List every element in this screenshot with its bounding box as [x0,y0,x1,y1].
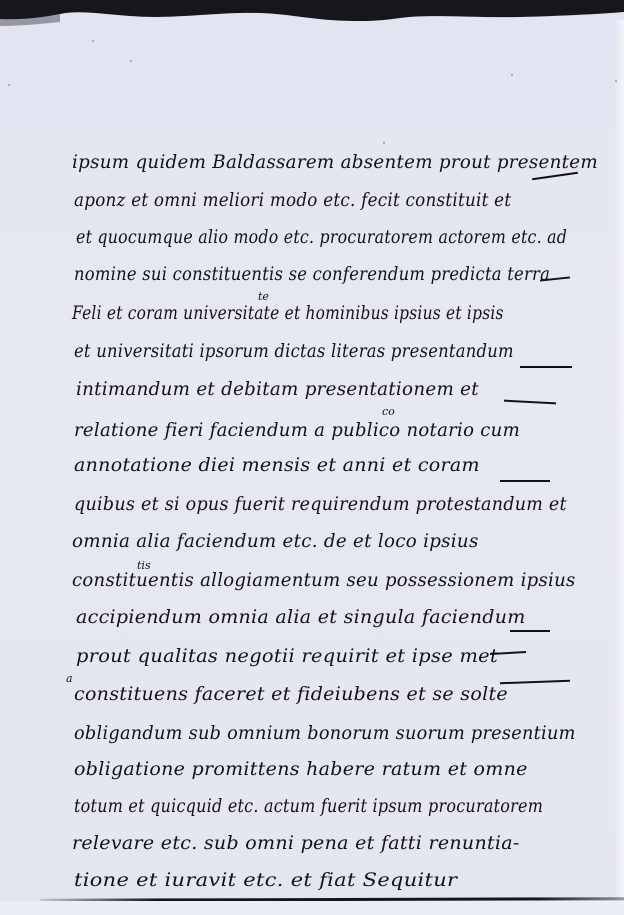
manuscript-line-12: constituentis allogiamentum seu possessi… [72,569,576,591]
manuscript-line-19: relevare etc. sub omni pena et fatti ren… [72,832,520,854]
manuscript-page: ipsum quidem Baldassarem absentem prout … [0,0,624,915]
manuscript-line-9: annotatione diei mensis et anni et coram [74,454,480,476]
manuscript-text: ipsum quidem Baldassarem absentem prout … [0,0,624,915]
manuscript-line-11: omnia alia faciendum etc. de et loco ips… [72,530,479,552]
line-filler-stroke [520,366,572,368]
line-filler-stroke [500,480,550,482]
manuscript-line-5: Feli et coram universitate et hominibus … [72,302,504,324]
manuscript-line-18: totum et quicquid etc. actum fuerit ipsu… [74,795,543,817]
manuscript-line-7: intimandum et debitam presentationem et [76,378,479,400]
superscript-abbreviation: co [382,405,395,418]
manuscript-line-20: tione et iuravit etc. et fiat Sequitur [74,869,457,891]
line-filler-stroke [504,400,556,405]
line-filler-stroke [510,630,550,632]
bottom-margin [0,901,624,915]
manuscript-line-6: et universitati ipsorum dictas literas p… [74,340,514,362]
line-filler-stroke [500,680,570,684]
manuscript-line-10: quibus et si opus fuerit requirendum pro… [74,493,567,515]
manuscript-line-15: constituens faceret et fideiubens et se … [74,683,508,705]
manuscript-line-3: et quocumque alio modo etc. procuratorem… [76,226,567,248]
manuscript-line-17: obligatione promittens habere ratum et o… [74,758,528,780]
line-filler-stroke [532,172,578,180]
manuscript-line-13: accipiendum omnia alia et singula facien… [76,606,526,628]
superscript-abbreviation: tis [137,559,151,572]
manuscript-line-2: aponz et omni meliori modo etc. fecit co… [74,189,511,211]
manuscript-line-1: ipsum quidem Baldassarem absentem prout … [72,151,598,173]
manuscript-line-4: nomine sui constituentis se conferendum … [74,263,550,285]
manuscript-line-14: prout qualitas negotii requirit et ipse … [76,645,498,667]
line-filler-stroke [490,651,526,655]
superscript-abbreviation: a [66,672,73,685]
manuscript-line-16: obligandum sub omnium bonorum suorum pre… [74,722,576,744]
superscript-abbreviation: te [258,290,269,303]
manuscript-line-8: relatione fieri faciendum a publico nota… [74,419,520,441]
